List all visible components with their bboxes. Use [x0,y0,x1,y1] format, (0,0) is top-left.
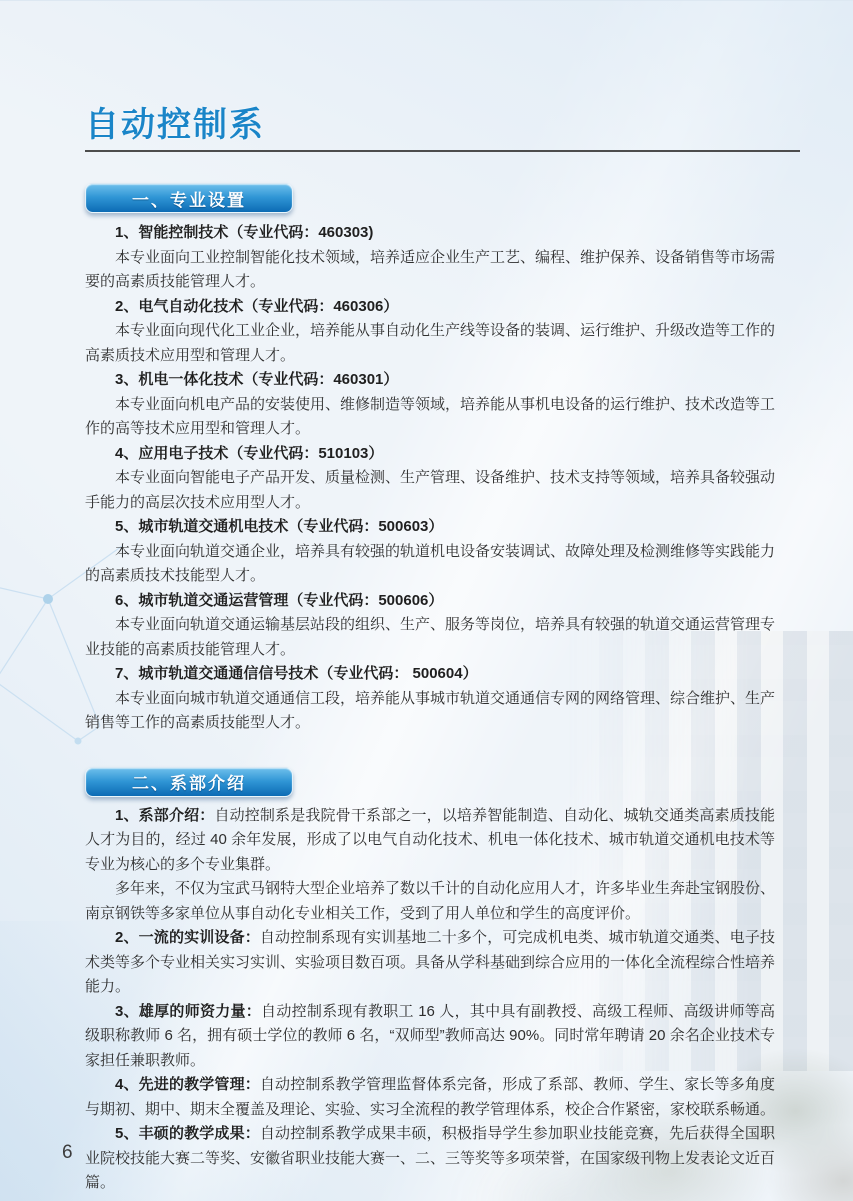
major-title: 1、智能控制技术（专业代码：460303) [85,221,775,246]
major-title: 2、电气自动化技术（专业代码：460306） [85,295,775,320]
section-header-majors-label: 一、专业设置 [132,186,246,211]
major-item: 5、城市轨道交通机电技术（专业代码：500603） 本专业面向轨道交通企业，培养… [85,515,775,589]
page-title: 自动控制系 [85,105,800,145]
intro-paragraph: 2、一流的实训设备：自动控制系现有实训基地二十多个，可完成机电类、城市轨道交通类… [85,926,775,1000]
section-header-intro-label: 二、系部介绍 [132,769,246,794]
major-desc: 本专业面向机电产品的安装使用、维修制造等领域，培养能从事机电设备的运行维护、技术… [85,393,775,442]
major-item: 4、应用电子技术（专业代码：510103） 本专业面向智能电子产品开发、质量检测… [85,442,775,516]
major-title: 7、城市轨道交通通信信号技术（专业代码： 500604） [85,662,775,687]
major-item: 6、城市轨道交通运营管理（专业代码：500606） 本专业面向轨道交通运输基层站… [85,589,775,663]
paragraph-lead: 4、先进的教学管理： [115,1076,260,1093]
intro-paragraph: 多年来，不仅为宝武马钢特大型企业培养了数以千计的自动化应用人才，许多毕业生奔赴宝… [85,877,775,926]
major-item: 1、智能控制技术（专业代码：460303) 本专业面向工业控制智能化技术领域，培… [85,221,775,295]
major-desc: 本专业面向城市轨道交通通信工段，培养能从事城市轨道交通通信专网的网络管理、综合维… [85,687,775,736]
intro-paragraph: 1、系部介绍：自动控制系是我院骨干系部之一，以培养智能制造、自动化、城轨交通类高… [85,804,775,878]
intro-paragraph: 4、先进的教学管理：自动控制系教学管理监督体系完备，形成了系部、教师、学生、家长… [85,1073,775,1122]
section-header-intro: 二、系部介绍 [85,767,293,797]
major-title: 6、城市轨道交通运营管理（专业代码：500606） [85,589,775,614]
intro-paragraph: 5、丰硕的教学成果：自动控制系教学成果丰硕，积极指导学生参加职业技能竞赛，先后获… [85,1122,775,1196]
paragraph-text: 多年来，不仅为宝武马钢特大型企业培养了数以千计的自动化应用人才，许多毕业生奔赴宝… [85,880,775,922]
major-title: 3、机电一体化技术（专业代码：460301） [85,368,775,393]
paragraph-lead: 5、丰硕的教学成果： [115,1125,260,1142]
major-desc: 本专业面向现代化工业企业，培养能从事自动化生产线等设备的装调、运行维护、升级改造… [85,319,775,368]
major-item: 7、城市轨道交通通信信号技术（专业代码： 500604） 本专业面向城市轨道交通… [85,662,775,736]
major-desc: 本专业面向轨道交通运输基层站段的组织、生产、服务等岗位，培养具有较强的轨道交通运… [85,613,775,662]
intro-paragraphs: 1、系部介绍：自动控制系是我院骨干系部之一，以培养智能制造、自动化、城轨交通类高… [85,804,775,1196]
major-desc: 本专业面向轨道交通企业，培养具有较强的轨道机电设备安装调试、故障处理及检测维修等… [85,540,775,589]
intro-paragraph: 3、雄厚的师资力量：自动控制系现有教职工 16 人，其中具有副教授、高级工程师、… [85,1000,775,1074]
paragraph-lead: 2、一流的实训设备： [115,929,260,946]
major-desc: 本专业面向智能电子产品开发、质量检测、生产管理、设备维护、技术支持等领域，培养具… [85,466,775,515]
section-header-majors: 一、专业设置 [85,183,293,213]
major-item: 2、电气自动化技术（专业代码：460306） 本专业面向现代化工业企业，培养能从… [85,295,775,369]
major-item: 3、机电一体化技术（专业代码：460301） 本专业面向机电产品的安装使用、维修… [85,368,775,442]
majors-list: 1、智能控制技术（专业代码：460303) 本专业面向工业控制智能化技术领域，培… [85,221,775,736]
major-title: 4、应用电子技术（专业代码：510103） [85,442,775,467]
page-number: 6 [62,1142,73,1164]
major-title: 5、城市轨道交通机电技术（专业代码：500603） [85,515,775,540]
major-desc: 本专业面向工业控制智能化技术领域，培养适应企业生产工艺、编程、维护保养、设备销售… [85,246,775,295]
paragraph-lead: 3、雄厚的师资力量： [115,1003,261,1020]
title-divider [85,150,800,152]
page-content: 自动控制系 一、专业设置 1、智能控制技术（专业代码：460303) 本专业面向… [85,1,800,1196]
paragraph-lead: 1、系部介绍： [115,807,214,824]
